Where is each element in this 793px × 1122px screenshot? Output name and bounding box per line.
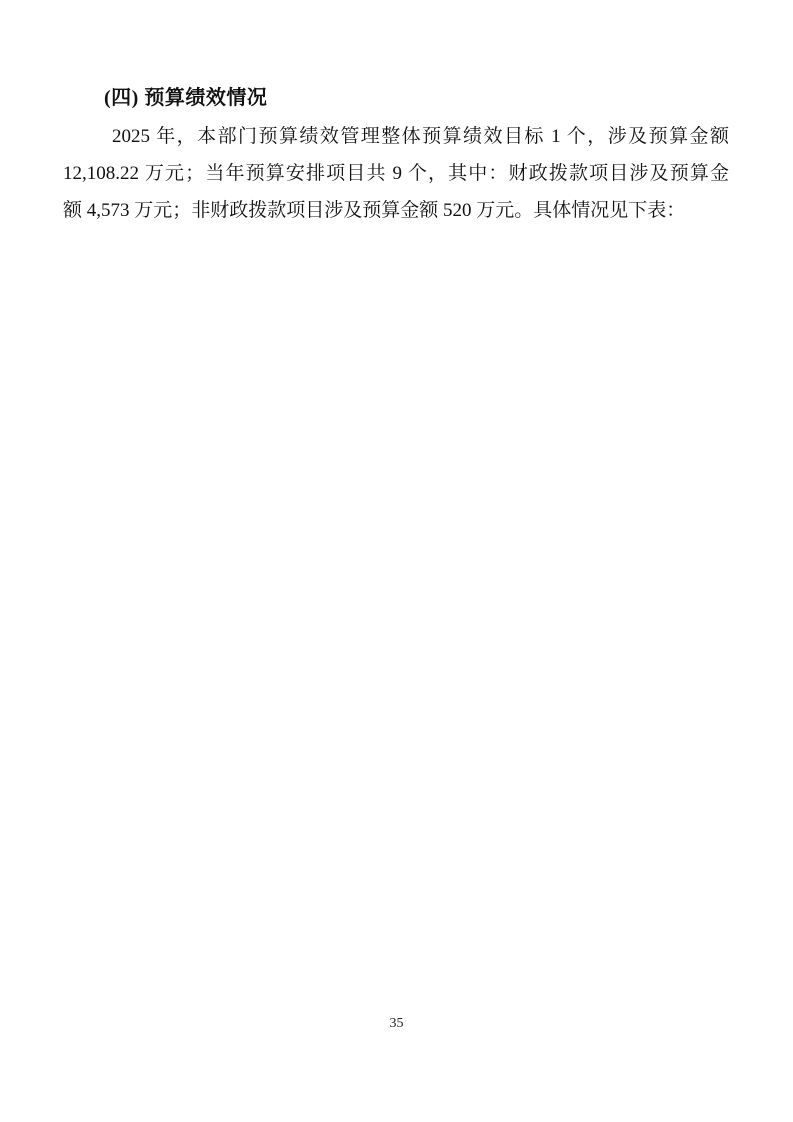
paragraph-line-1: 2025 年，本部门预算绩效管理整体预算绩效目标 1 个，涉及预算金额 bbox=[63, 118, 729, 155]
paragraph-line-2: 12,108.22 万元；当年预算安排项目共 9 个，其中：财政拨款项目涉及预算… bbox=[63, 155, 729, 192]
page-number: 35 bbox=[0, 1016, 793, 1032]
document-page: (四) 预算绩效情况 2025 年，本部门预算绩效管理整体预算绩效目标 1 个，… bbox=[0, 0, 793, 1122]
paragraph-line-3: 额 4,573 万元；非财政拨款项目涉及预算金额 520 万元。具体情况见下表： bbox=[63, 192, 729, 229]
body-paragraph: 2025 年，本部门预算绩效管理整体预算绩效目标 1 个，涉及预算金额 12,1… bbox=[63, 118, 729, 229]
section-heading: (四) 预算绩效情况 bbox=[104, 81, 267, 110]
